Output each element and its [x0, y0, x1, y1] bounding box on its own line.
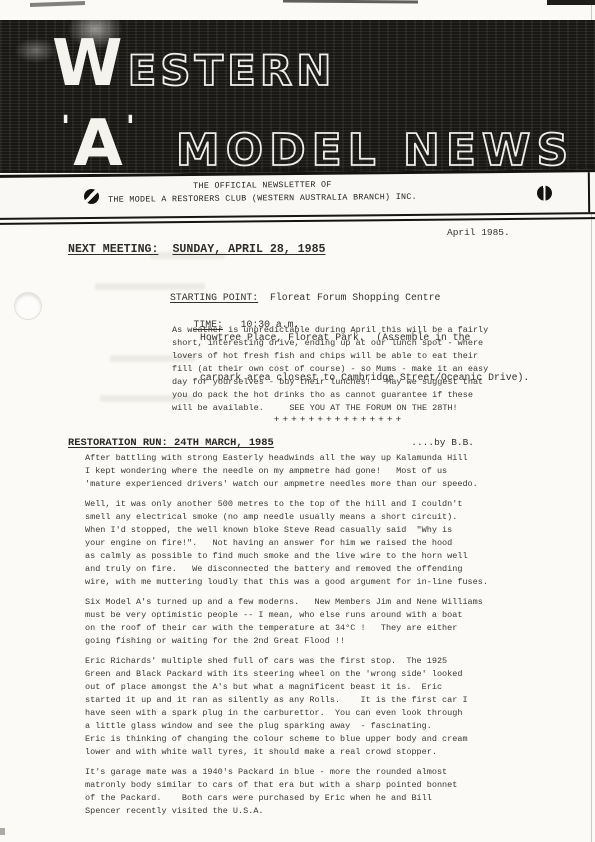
hole-punch [14, 292, 42, 320]
scan-mark [547, 0, 595, 5]
newsletter-page: WESTERN 'A'MODEL NEWS THE OFFICIAL NEWSL… [0, 0, 595, 842]
meeting-paragraph: As weather is unpredictable during April… [172, 324, 506, 415]
restoration-paragraph: It's garage mate was a 1940's Packard in… [85, 766, 497, 818]
issue-date: April 1985. [447, 227, 510, 238]
close-quote-mark: ' [126, 113, 135, 143]
restoration-paragraph: Six Model A's turned up and a few modern… [85, 596, 497, 648]
masthead-initial-a: A [73, 112, 123, 176]
masthead-title-line1: WESTERN [52, 32, 335, 96]
starting-point-label: STARTING POINT: [170, 292, 258, 303]
next-meeting-heading: NEXT MEETING: SUNDAY, APRIL 28, 1985 [68, 243, 326, 256]
starting-point-line1: STARTING POINT: Floreat Forum Shopping C… [170, 291, 529, 304]
scan-mark [283, 0, 418, 3]
starting-point-venue: Floreat Forum Shopping Centre [258, 292, 440, 303]
restoration-paragraph: Well, it was only another 500 metres to … [85, 498, 497, 589]
restoration-run-byline: ....by B.B. [411, 437, 474, 448]
masthead-initial-w: W [52, 32, 123, 96]
newsletter-subtitle: THE OFFICIAL NEWSLETTER OF THE MODEL A R… [0, 177, 531, 208]
restoration-run-heading: RESTORATION RUN: 24TH MARCH, 1985 ....by… [68, 437, 474, 449]
section-divider: +++++++++++++++ [172, 414, 506, 425]
masthead-title-line1-rest: ESTERN [128, 50, 336, 92]
restoration-run-body: After battling with strong Easterly head… [85, 452, 497, 825]
restoration-run-title: RESTORATION RUN: 24TH MARCH, 1985 [68, 437, 274, 449]
next-meeting-date: SUNDAY, APRIL 28, 1985 [172, 243, 325, 256]
split-dot-icon [537, 186, 552, 201]
scan-mark [30, 1, 85, 7]
scan-mark [0, 828, 5, 835]
band-edge-rule [588, 172, 590, 212]
open-quote-mark: ' [61, 113, 70, 143]
subtitle-band: THE OFFICIAL NEWSLETTER OF THE MODEL A R… [0, 169, 595, 220]
restoration-paragraph: After battling with strong Easterly head… [85, 452, 497, 491]
next-meeting-label: NEXT MEETING: [68, 243, 158, 256]
masthead-banner: WESTERN 'A'MODEL NEWS [0, 20, 595, 173]
restoration-paragraph: Eric Richards' multiple shed full of car… [85, 655, 497, 759]
